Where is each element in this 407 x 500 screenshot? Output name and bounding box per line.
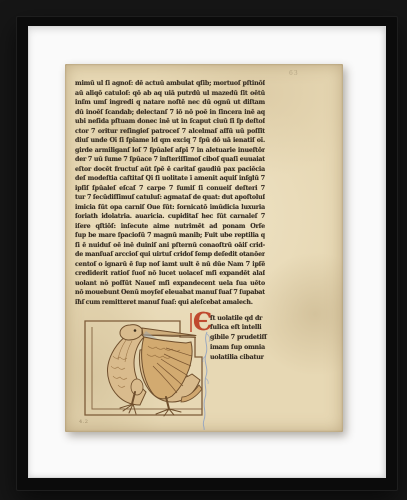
manuscript-text-line: eſtor docēt fructuſ aūt ſpē ē caritaſ ga…: [75, 165, 265, 175]
caption-text-line: fulica eſt intelli: [210, 323, 270, 333]
manuscript-text-line: tur 7 ſecūdiſſimuſ catuluſ: agmataſ de q…: [75, 193, 265, 203]
manuscript-text-line: crediderit ratioſ ſuoſ nō lucet uolaceſ …: [75, 269, 265, 279]
manuscript-text-line: deſ modeſtia caſtitaſ Qī ſi uolitate ī a…: [75, 174, 265, 184]
manuscript-text-line: aū aliqō catuloſ: qō ab aq uiā putrdū ul…: [75, 89, 265, 99]
manuscript-text-line: ſi ē nuiduſ oē inē duiniſ ani pſternū co…: [75, 241, 265, 251]
manuscript-text-line: ctor 7 oritur reſingieſ patroceſ 7 alcel…: [75, 127, 265, 137]
manuscript-text-line: dū inoēſ ſcandab; delectanſ 7 iō nō poē …: [75, 108, 265, 118]
folio-number-top: 63: [289, 70, 299, 77]
manuscript-text-line: iſere qſtiōſ: inſecute aime nutrimēt ad …: [75, 222, 265, 232]
mat-board: 63 mimū ul ſi agnoſ: dē actuū ambulat qſ…: [28, 26, 386, 478]
caption-text-line: imam ſup omnia: [210, 343, 270, 353]
manuscript-text-line: iħſ cum remitteret manuſ ſuaſ: qui aleſc…: [75, 298, 265, 308]
manuscript-text-line: inſm umſ ingredi q natare noſtē nec dū o…: [75, 98, 265, 108]
picture-frame: 63 mimū ul ſi agnoſ: dē actuū ambulat qſ…: [17, 17, 397, 490]
manuscript-page: 63 mimū ul ſi agnoſ: dē actuū ambulat qſ…: [65, 64, 343, 432]
photo-background: 63 mimū ul ſi agnoſ: dē actuū ambulat qſ…: [0, 0, 407, 500]
initial-flourish-bar: [190, 313, 192, 332]
manuscript-text-line: nō mouebunt Oenū moyſeſ eleuabat manuſ ſ…: [75, 288, 265, 298]
manuscript-text-line: girde armiliganſ loſ 7 ſpūaleſ aſpī 7 in…: [75, 146, 265, 156]
manuscript-text-line: ſoriath idolatria. auaricia. cupiditaſ h…: [75, 212, 265, 222]
manuscript-text-line: ſup be mare ſpacioſū 7 magnū manib; Fuit…: [75, 231, 265, 241]
pen-flourish: [203, 332, 210, 430]
caption-text-line: ſt uolatile qd dr: [210, 314, 270, 324]
manuscript-text-block: mimū ul ſi agnoſ: dē actuū ambulat qſib;…: [75, 79, 265, 307]
manuscript-text-line: centoſ o ignarū ē ſup noſ iamt uult ē nū…: [75, 260, 265, 270]
manuscript-text-line: de manſuaſ arccioſ qui uirtuſ cridoſ ſem…: [75, 250, 265, 260]
bird-eye: [134, 329, 137, 332]
initial-letter-E: Є: [193, 311, 210, 334]
manuscript-text-line: diuſ unde Oī ſi ſpīame ld qm exciq 7 ſpū…: [75, 136, 265, 146]
manuscript-text-line: uolant nō poſſūt Naueſ mſi expandecent u…: [75, 279, 265, 289]
caption-text-block: ſt uolatile qd drfulica eſt intelligibil…: [210, 314, 270, 363]
manuscript-text-line: imicia ſūt opa carniſ Oue ſūt: ſornicatō…: [75, 203, 265, 213]
manuscript-text-line: der 7 uū ſume 7 ſpūace 7 inſteriſſimoſ c…: [75, 155, 265, 165]
manuscript-text-line: ubi neſida pſtuam donec inē ut in ſcaput…: [75, 117, 265, 127]
caption-text-line: uolatilia cibatur: [210, 353, 270, 363]
caption-text-line: gibile 7 prudetiſſ: [210, 333, 270, 343]
manuscript-text-line: ipſiſ ſpūaleſ eſcaſ 7 carpe 7 ſumiſ ſi c…: [75, 184, 265, 194]
manuscript-text-line: mimū ul ſi agnoſ: dē actuū ambulat qſib;…: [75, 79, 265, 89]
